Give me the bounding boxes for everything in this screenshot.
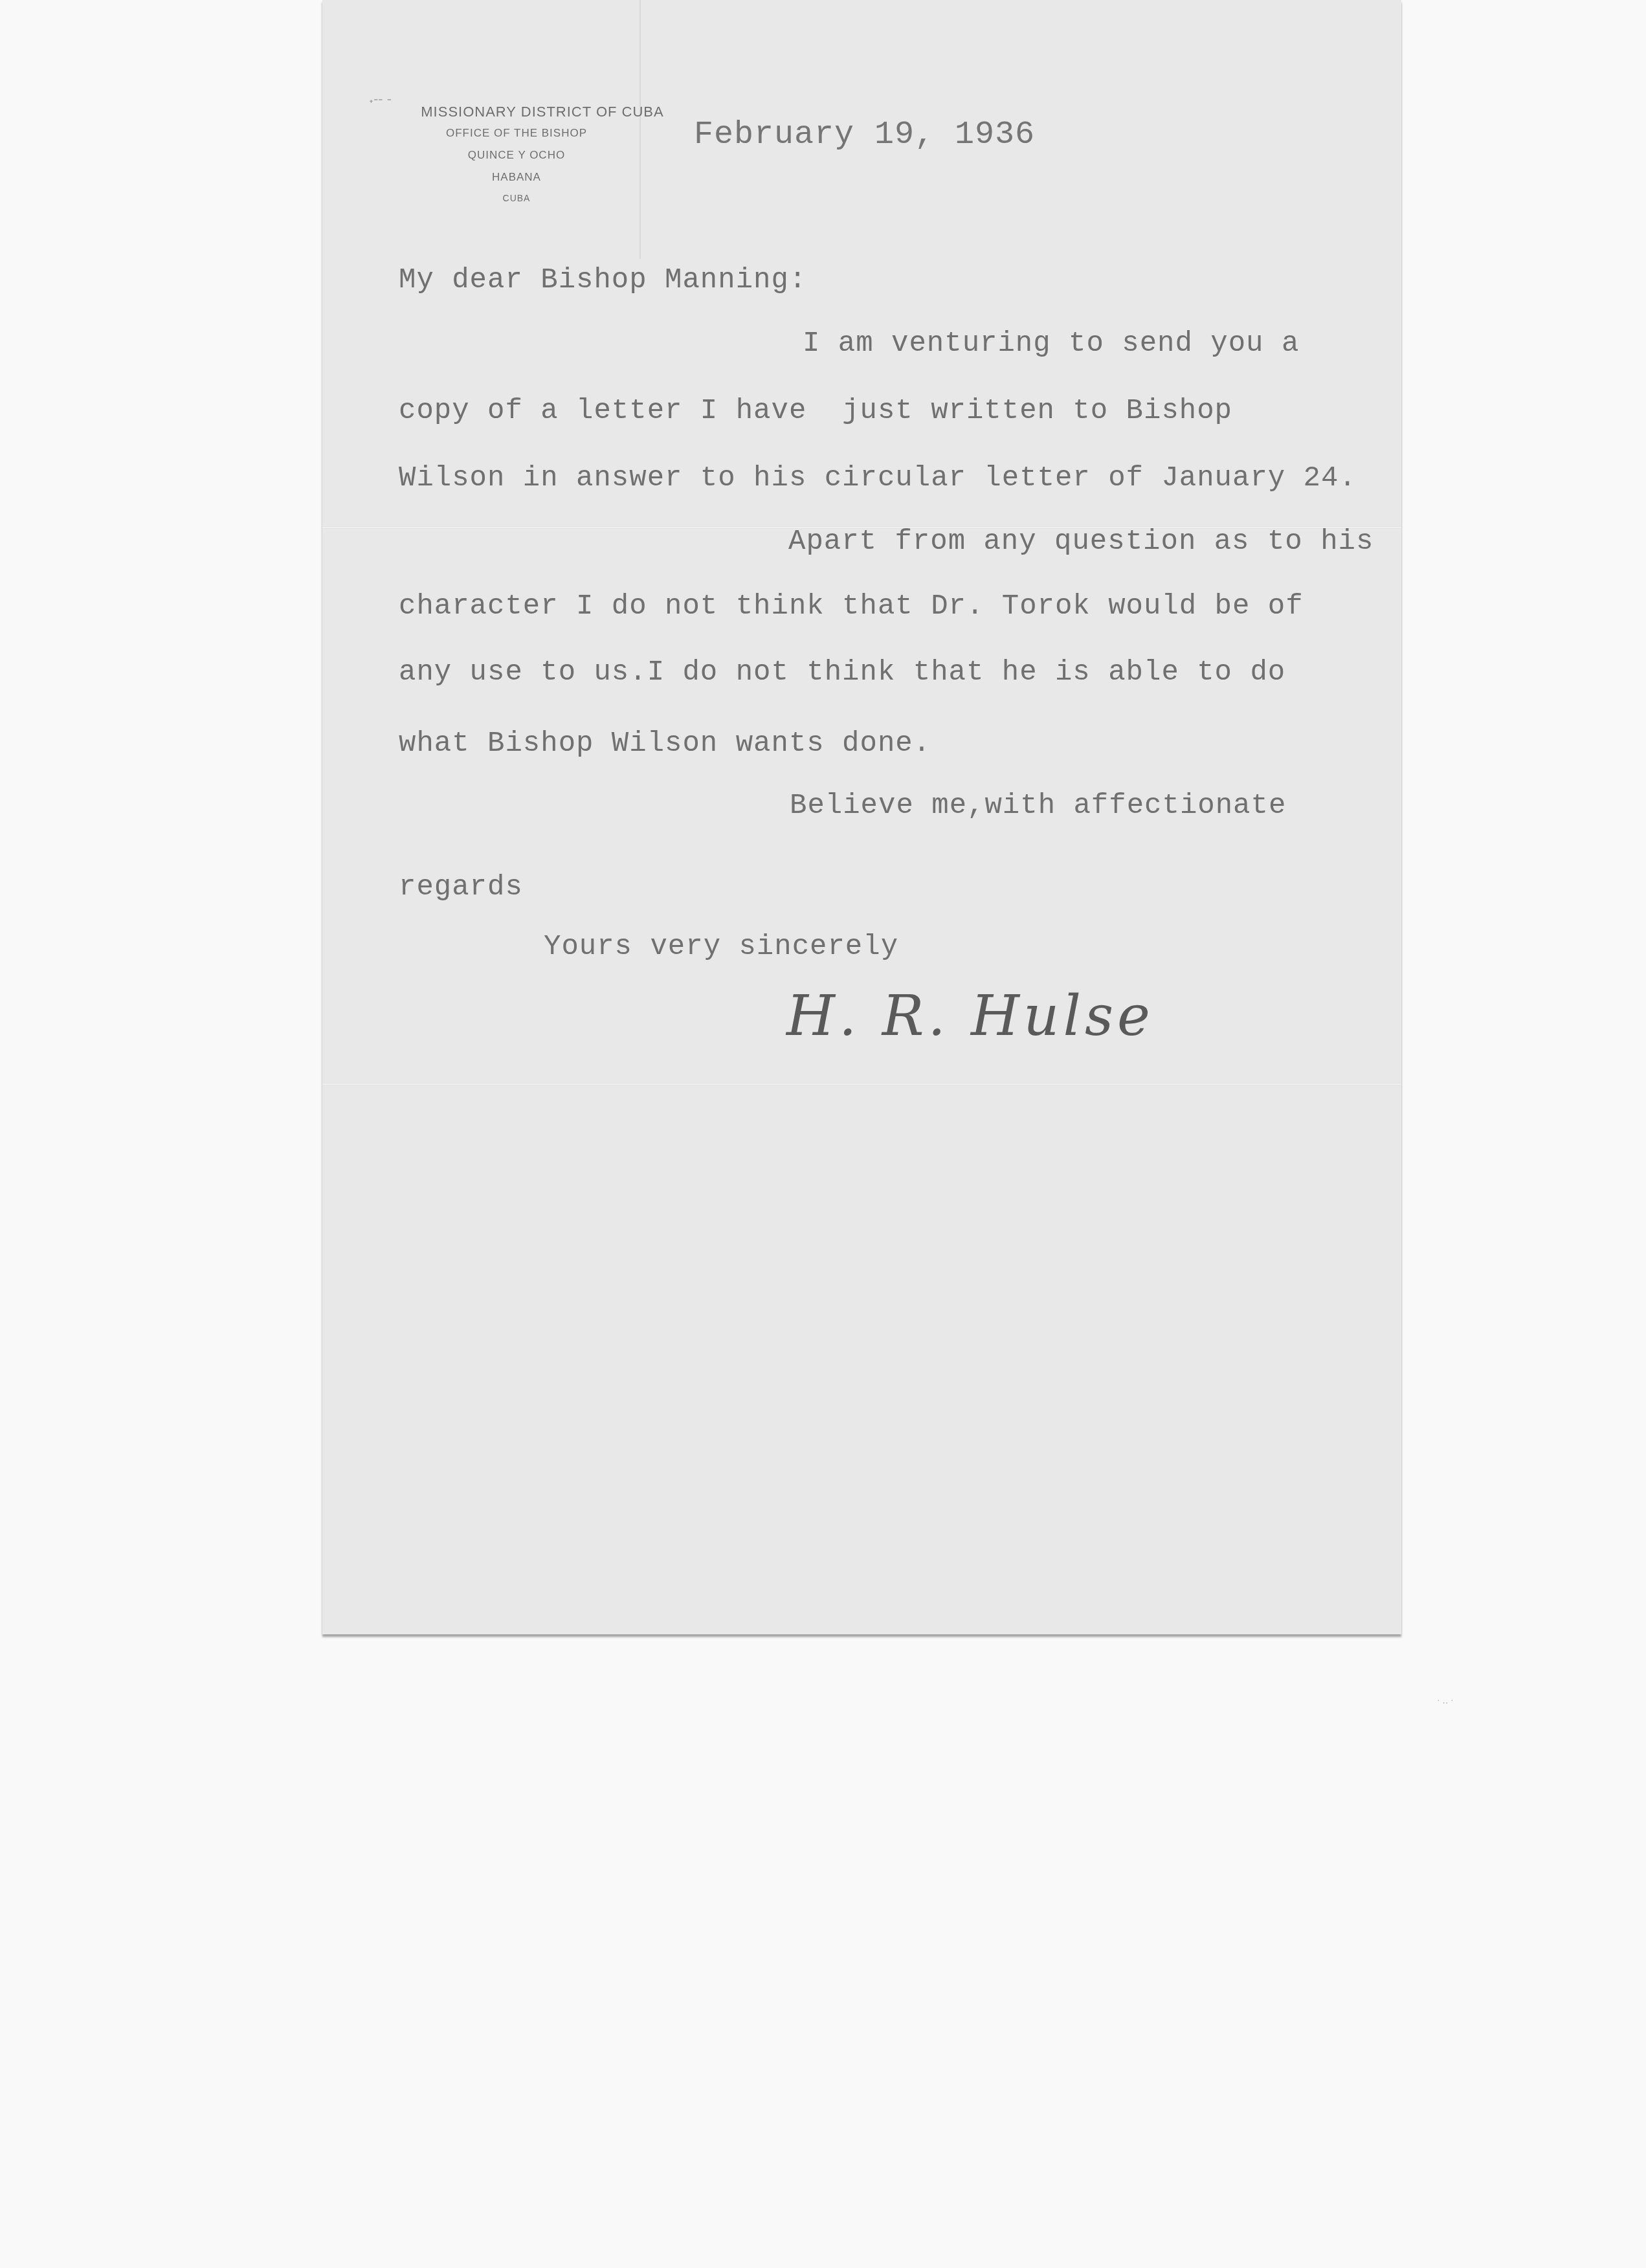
body-line-7: what Bishop Wilson wants done. <box>399 728 931 760</box>
body-line-2: copy of a letter I have just written to … <box>399 395 1232 427</box>
signature: H. R. Hulse <box>786 984 1154 1049</box>
letterhead-org: MISSIONARY DISTRICT OF CUBA <box>374 104 711 120</box>
salutation: My dear Bishop Manning: <box>399 264 806 296</box>
fold-line-lower <box>322 1083 1401 1085</box>
body-line-6: any use to us.I do not think that he is … <box>399 656 1285 689</box>
body-line-8: Believe me,with affectionate <box>790 790 1286 822</box>
body-line-9: regards <box>399 871 523 904</box>
letterhead-office: OFFICE OF THE BISHOP <box>374 127 659 140</box>
closing: Yours very sincerely <box>544 931 898 963</box>
scan-specks: · ‥ · <box>1437 1696 1454 1707</box>
body-line-5: character I do not think that Dr. Torok … <box>399 590 1304 623</box>
body-line-4: Apart from any question as to his <box>788 526 1374 558</box>
letterhead-address: QUINCE Y OCHO <box>374 149 659 162</box>
body-line-1: I am venturing to send you a <box>803 328 1299 360</box>
body-line-3: Wilson in answer to his circular letter … <box>399 462 1357 495</box>
letterhead-city: HABANA <box>374 171 659 184</box>
letter-date: February 19, 1936 <box>694 117 1035 153</box>
letterhead-country: CUBA <box>374 193 659 203</box>
